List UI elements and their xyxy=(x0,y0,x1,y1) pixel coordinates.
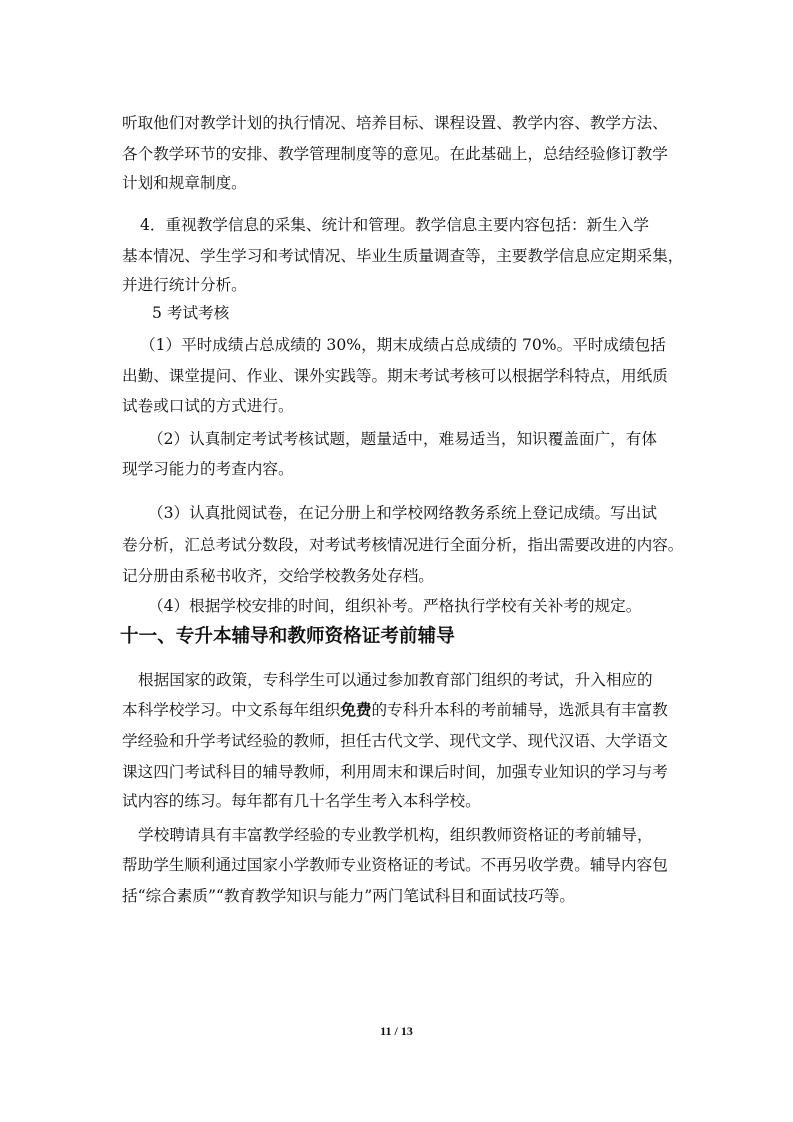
section-para-line: 课这四门考试科目的辅导教师，利用周末和课后时间，加强专业知识的学习与考 xyxy=(122,762,682,782)
bold-free-text: 免费 xyxy=(340,701,371,719)
exam-item-2-line: （2）认真制定考试考核试题，题量适中，难易适当，知识覆盖面广，有体 xyxy=(148,429,708,449)
subheading-exam: 5 考试考核 xyxy=(152,303,712,323)
body-line: 听取他们对教学计划的执行情况、培养目标、课程设置、教学内容、教学方法、 xyxy=(122,113,682,133)
exam-item-1-line: 出勤、课堂提问、作业、课外实践等。期末考试考核可以根据学科特点，用纸质 xyxy=(122,366,682,386)
section-para-line: 根据国家的政策，专科学生可以通过参加教育部门组织的考试，升入相应的 xyxy=(138,670,698,690)
exam-item-3-line: 卷分析，汇总考试分数段，对考试考核情况进行全面分析，指出需要改进的内容。 xyxy=(122,535,682,555)
section-para2-line: 学校聘请具有丰富教学经验的专业教学机构，组织教师资格证的考前辅导， xyxy=(138,825,698,845)
body-line: 计划和规章制度。 xyxy=(122,173,682,193)
page-number: 11 / 13 xyxy=(0,1024,793,1039)
exam-item-4-line: （4）根据学校安排的时间，组织补考。严格执行学校有关补考的规定。 xyxy=(148,596,708,616)
section-para2-line: 帮助学生顺利通过国家小学教师专业资格证的考试。不再另收学费。辅导内容包 xyxy=(122,855,682,875)
section-para-line: 本科学校学习。中文系每年组织免费的专科升本科的考前辅导，选派具有丰富教 xyxy=(122,700,682,720)
item-4-line: 4．重视教学信息的采集、统计和管理。教学信息主要内容包括：新生入学 xyxy=(140,215,700,235)
body-line: 各个教学环节的安排、教学管理制度等的意见。在此基础上，总结经验修订教学 xyxy=(122,144,682,164)
section-para-line: 学经验和升学考试经验的教师，担任古代文学、现代文学、现代汉语、大学语文 xyxy=(122,731,682,751)
exam-item-1-line: （1）平时成绩占总成绩的 30%，期末成绩占总成绩的 70%。平时成绩包括 xyxy=(140,335,700,355)
section-para-line: 试内容的练习。每年都有几十名学生考入本科学校。 xyxy=(122,791,682,811)
exam-item-3-line: 记分册由系秘书收齐，交给学校教务处存档。 xyxy=(122,566,682,586)
exam-item-2-line: 现学习能力的考查内容。 xyxy=(122,459,682,479)
section-para2-line: 括“综合素质”“教育教学知识与能力”两门笔试科目和面试技巧等。 xyxy=(122,886,682,906)
exam-item-3-line: （3）认真批阅试卷，在记分册上和学校网络教务系统上登记成绩。写出试 xyxy=(148,503,708,523)
text-segment: 本科学校学习。中文系每年组织 xyxy=(122,701,340,719)
text-segment: 的专科升本科的考前辅导，选派具有丰富教 xyxy=(372,701,668,719)
document-page: 听取他们对教学计划的执行情况、培养目标、课程设置、教学内容、教学方法、 各个教学… xyxy=(0,0,793,1122)
section-heading: 十一、专升本辅导和教师资格证考前辅导 xyxy=(120,625,455,649)
item-4-line: 并进行统计分析。 xyxy=(122,275,682,295)
item-4-line: 基本情况、学生学习和考试情况、毕业生质量调查等，主要教学信息应定期采集， xyxy=(122,246,682,266)
exam-item-1-line: 试卷或口试的方式进行。 xyxy=(122,396,682,416)
